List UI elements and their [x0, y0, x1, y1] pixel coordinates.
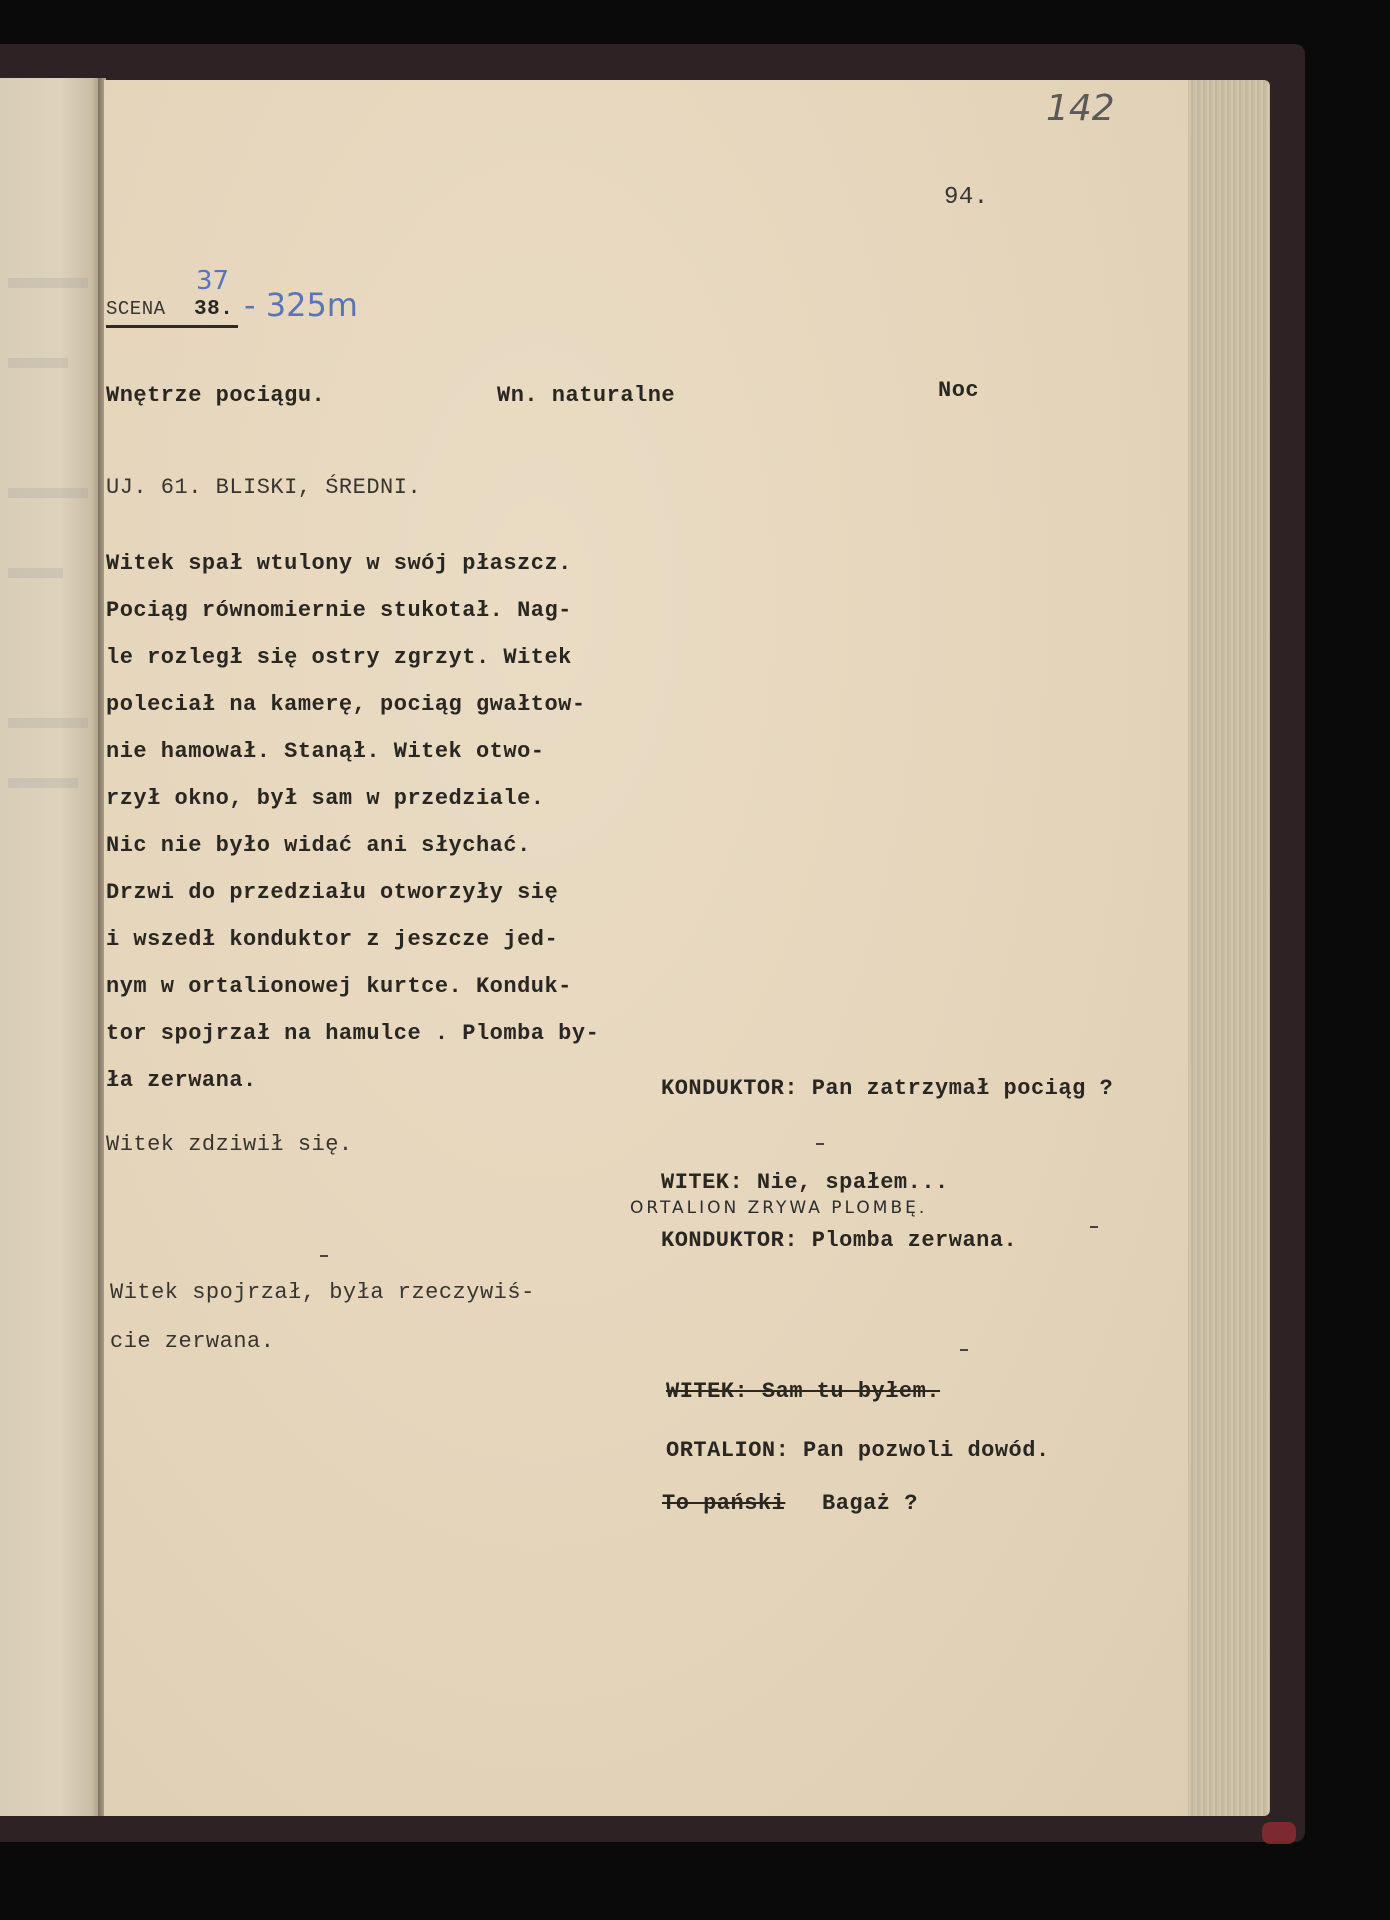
bleed-through-text — [8, 778, 78, 788]
action-line: Witek spojrzał, była rzeczywiś- — [110, 1280, 535, 1305]
action-line: nym w ortalionowej kurtce. Konduk- — [106, 974, 572, 999]
dialogue-line: ORTALION: Pan pozwoli dowód. — [666, 1438, 1050, 1463]
scene-label: SCENA — [106, 298, 166, 320]
time-of-day: Noc — [938, 378, 979, 403]
action-line: le rozległ się ostry zgrzyt. Witek — [106, 645, 572, 670]
action-line: tor spojrzał na hamulce . Plomba by- — [106, 1021, 599, 1046]
dialogue-line: Bagaż ? — [822, 1491, 918, 1516]
struck-dialogue-fragment: To pański — [662, 1491, 785, 1516]
typed-dash-mark — [1090, 1226, 1098, 1228]
struck-dialogue-line: WITEK: Sam tu byłem. — [666, 1379, 940, 1404]
bleed-through-text — [8, 568, 63, 578]
scene-underline — [106, 325, 238, 328]
typed-dash-mark — [960, 1349, 968, 1351]
bleed-through-text — [8, 718, 88, 728]
action-line: ła zerwana. — [106, 1068, 257, 1093]
action-line: Pociąg równomiernie stukotał. Nag- — [106, 598, 572, 623]
action-line: cie zerwana. — [110, 1329, 274, 1354]
lighting: Wn. naturalne — [497, 383, 675, 408]
cover-corner-wear — [1262, 1822, 1296, 1844]
bleed-through-text — [8, 358, 68, 368]
action-line: Nic nie było widać ani słychać. — [106, 833, 531, 858]
left-page-edge — [0, 78, 100, 1816]
action-line: nie hamował. Stanął. Witek otwo- — [106, 739, 544, 764]
action-line: Witek zdziwił się. — [106, 1132, 353, 1157]
action-line: rzył okno, był sam w przedziale. — [106, 786, 544, 811]
page-block-edges — [1188, 80, 1270, 1816]
action-line: Witek spał wtulony w swój płaszcz. — [106, 551, 572, 576]
dialogue-line: WITEK: Nie, spałem... — [661, 1170, 949, 1195]
bleed-through-text — [8, 488, 88, 498]
scene-length-note: - 325m — [244, 286, 358, 324]
bleed-through-text — [8, 278, 88, 288]
action-line: Drzwi do przedziału otworzyły się — [106, 880, 558, 905]
dialogue-line: KONDUKTOR: Plomba zerwana. — [661, 1228, 1017, 1253]
dialogue-line: KONDUKTOR: Pan zatrzymał pociąg ? — [661, 1076, 1113, 1101]
shot-description: UJ. 61. BLISKI, ŚREDNI. — [106, 475, 421, 500]
typed-dash-mark — [320, 1255, 328, 1257]
handwritten-insert: ORTALION ZRYWA PLOMBĘ. — [630, 1198, 927, 1218]
action-line: poleciał na kamerę, pociąg gwałtow- — [106, 692, 586, 717]
scene-number-correction: 37 — [196, 266, 229, 296]
location: Wnętrze pociągu. — [106, 383, 325, 408]
action-line: i wszedł konduktor z jeszcze jed- — [106, 927, 558, 952]
page-number: 94. — [944, 184, 989, 211]
scene-number-typed: 38. — [194, 298, 233, 321]
folio-number: 142 — [1046, 88, 1115, 129]
typed-dash-mark — [816, 1143, 824, 1145]
